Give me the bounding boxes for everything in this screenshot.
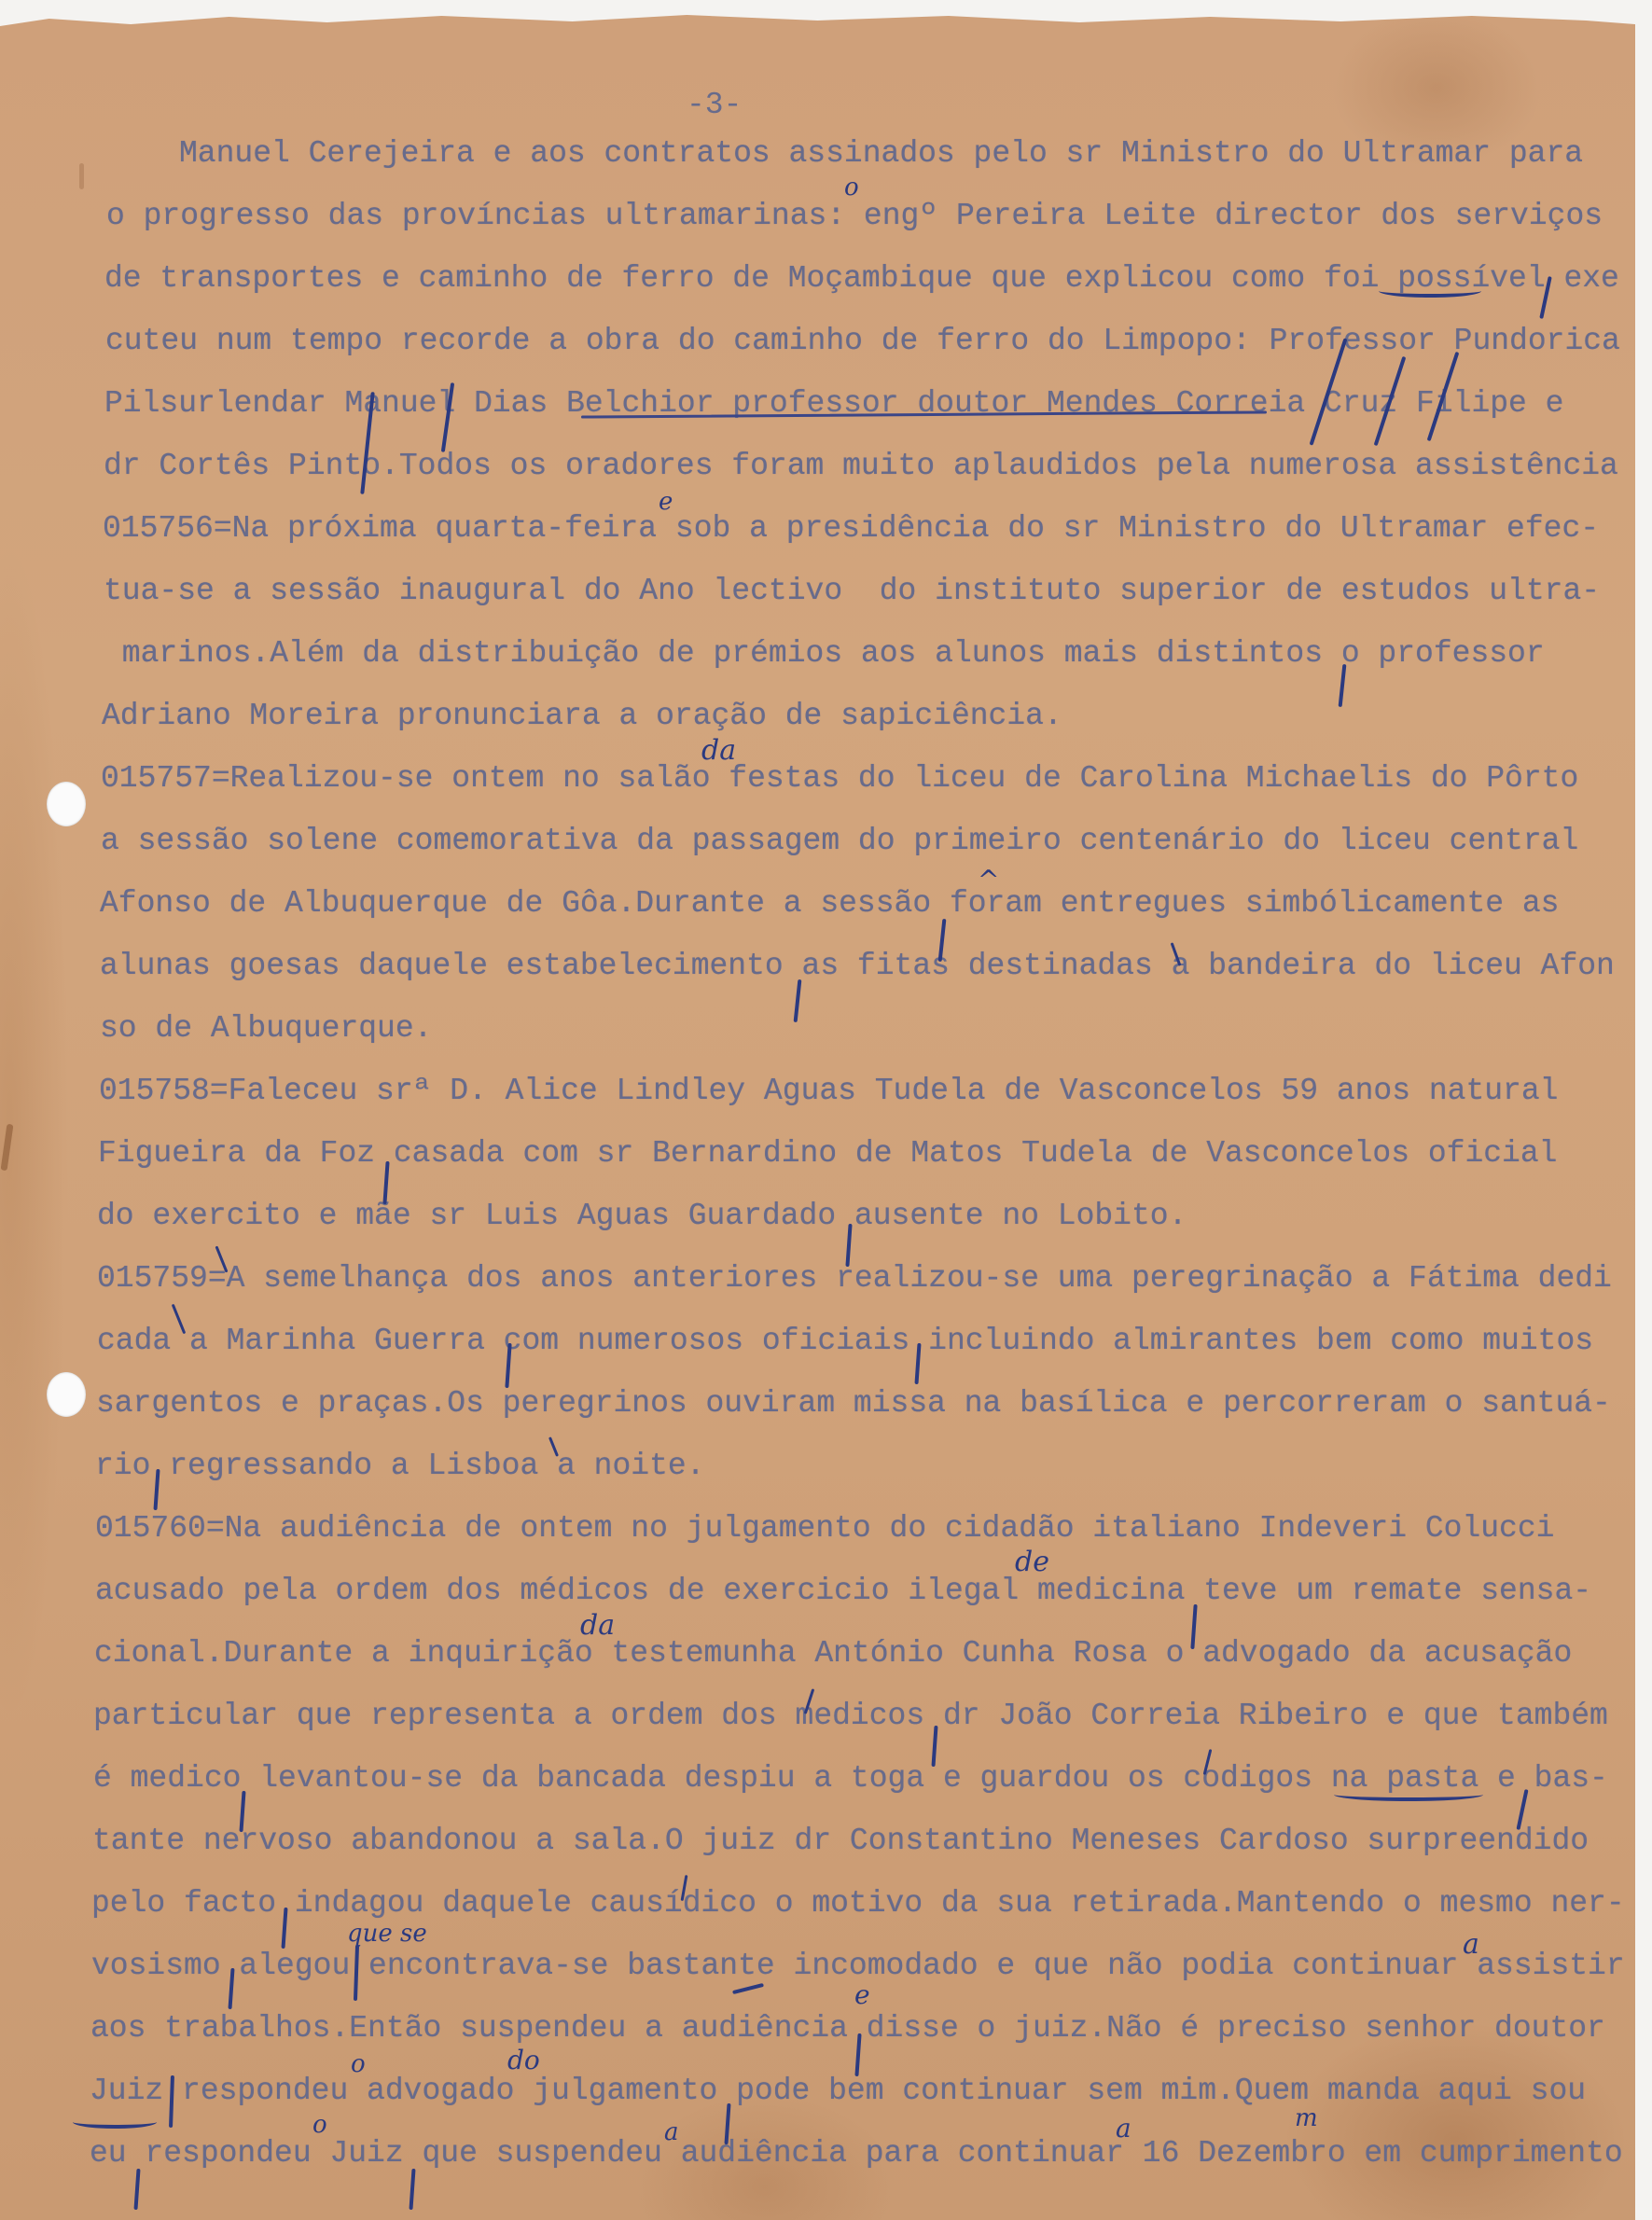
text-line: Manuel Cerejeira e aos contratos assinad…	[179, 135, 1583, 173]
typed-body: Manuel Cerejeira e aos contratos assinad…	[0, 0, 1652, 2220]
text-line-015756: 015756=Na próxima quarta-feira sob a pre…	[103, 510, 1599, 548]
text-line: cuteu num tempo recorde a obra do caminh…	[105, 323, 1620, 360]
text-line: tua-se a sessão inaugural do Ano lectivo…	[104, 573, 1600, 610]
text-line: Pilsurlendar Manuel Dias Belchior profes…	[104, 385, 1563, 423]
handwritten-do-mark: do	[507, 2047, 540, 2074]
text-line: cada a Marinha Guerra com numerosos ofic…	[97, 1323, 1593, 1360]
handwritten-e-mark: e	[659, 490, 673, 514]
text-line: alunas goesas daquele estabelecimento as…	[100, 948, 1615, 985]
text-line: rio regressando a Lisboa a noite.	[95, 1448, 705, 1485]
handwritten-que-se-mark: que se	[347, 1922, 427, 1946]
text-line: dr Cortês Pinto.Todos os oradores foram …	[104, 448, 1618, 485]
handwritten-da-mark: da	[701, 737, 736, 765]
handwritten-o-mark: o	[844, 175, 859, 200]
text-line: acusado pela ordem dos médicos de exerci…	[95, 1573, 1591, 1610]
handwritten-caret-mark: ^	[978, 867, 999, 894]
handwritten-underline-na-pasta	[1334, 1788, 1483, 1801]
text-line-015757: 015757=Realizou-se ontem no salão festas…	[101, 760, 1578, 798]
handwritten-caret-a-mark: a	[1116, 2116, 1131, 2142]
text-line-015759: 015759=A semelhança dos anos anteriores …	[97, 1260, 1612, 1297]
text-line: eu respondeu Juiz que suspendeu audiênci…	[90, 2135, 1623, 2172]
handwritten-o-mark: o	[351, 2052, 366, 2076]
text-line: marinos.Além da distribuição de prémios …	[104, 635, 1545, 673]
text-line: particular que representa a ordem dos me…	[93, 1698, 1608, 1735]
text-line-015758: 015758=Faleceu srª D. Alice Lindley Agua…	[99, 1073, 1558, 1110]
handwritten-de-mark: de	[1015, 1548, 1049, 1576]
text-line: do exercito e mãe sr Luis Aguas Guardado…	[97, 1198, 1187, 1235]
text-line: tante nervoso abandonou a sala.O juiz dr…	[92, 1823, 1589, 1860]
text-line: pelo facto indagou daquele causídico o m…	[91, 1885, 1625, 1922]
handwritten-a-mark: a	[1463, 1931, 1479, 1959]
handwritten-o-mark: o	[312, 2113, 327, 2137]
handwritten-m-mark: m	[1295, 2106, 1318, 2130]
text-line: a sessão solene comemorativa da passagem…	[101, 823, 1578, 860]
handwritten-e-mark: e	[854, 1982, 870, 2008]
text-line-015760: 015760=Na audiência de ontem no julgamen…	[95, 1510, 1554, 1547]
text-line: Afonso de Albuquerque de Gôa.Durante a s…	[100, 885, 1559, 923]
handwritten-underline-possivel	[1379, 284, 1481, 298]
handwritten-a-mark: a	[664, 2120, 679, 2144]
handwritten-da-mark: da	[580, 1612, 615, 1640]
text-line: sargentos e praças.Os peregrinos ouviram…	[96, 1385, 1611, 1422]
text-line: Figueira da Foz casada com sr Bernardino…	[98, 1135, 1557, 1172]
text-line: Adriano Moreira pronunciara a oração de …	[102, 698, 1062, 735]
text-line: aos trabalhos.Então suspendeu a audiênci…	[90, 2010, 1605, 2047]
text-line: o progresso das províncias ultramarinas:…	[106, 198, 1603, 235]
text-line: Juiz respondeu advogado julgamento pode …	[90, 2073, 1586, 2110]
text-line: cional.Durante a inquirição testemunha A…	[94, 1635, 1572, 1672]
handwritten-underline-juiz	[73, 2116, 157, 2129]
text-line: so de Albuquerque.	[100, 1010, 432, 1048]
